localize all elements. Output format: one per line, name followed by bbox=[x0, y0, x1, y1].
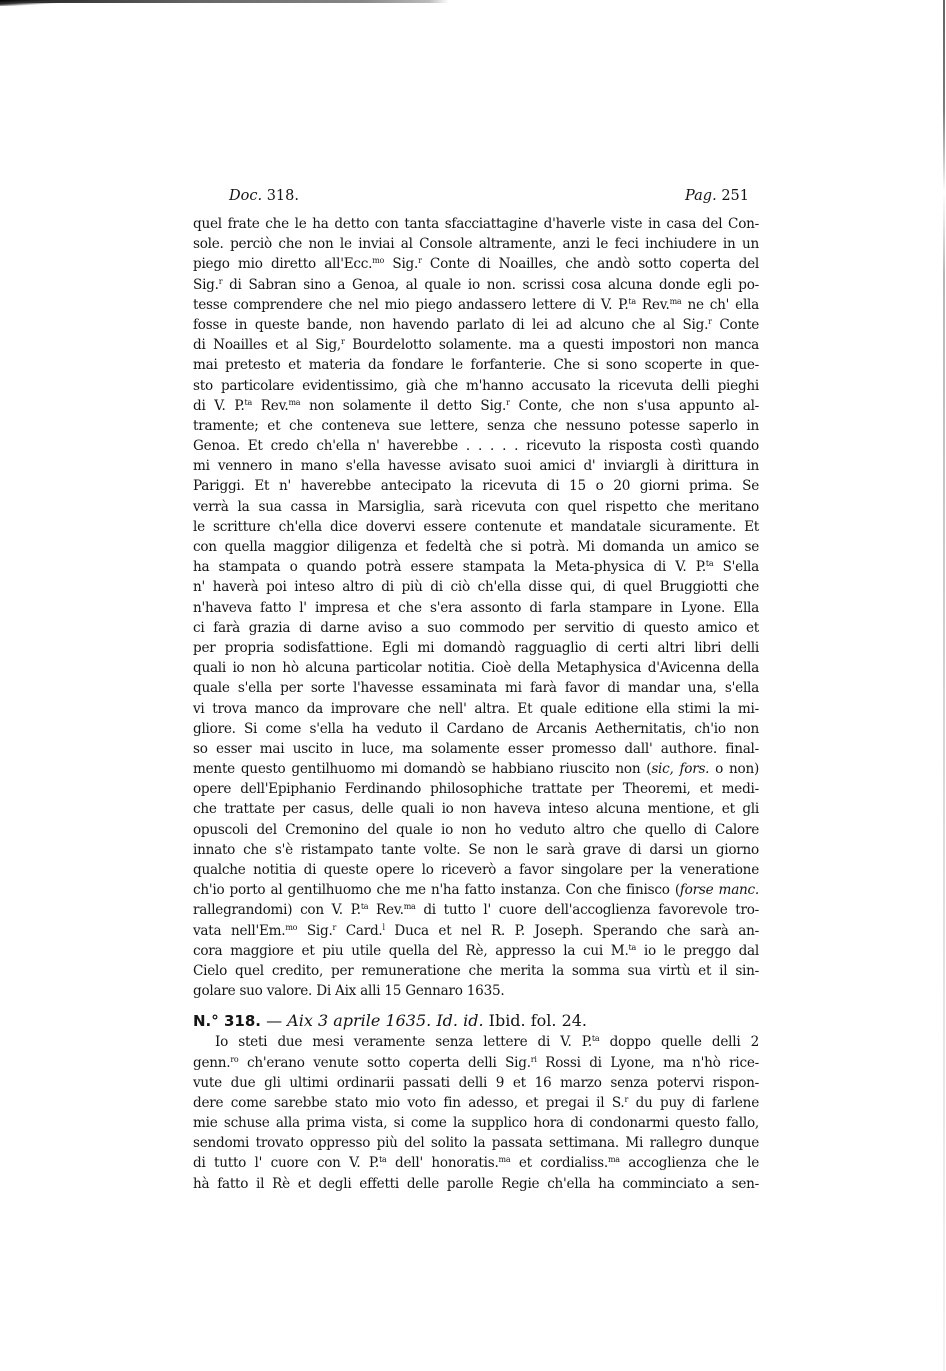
text-line: di Noailles et al Sig,r Bourdelotto sola… bbox=[193, 335, 759, 355]
text-line: genn.ro ch'erano venute sotto coperta de… bbox=[193, 1053, 759, 1073]
text-line: Io steti due mesi veramente senza letter… bbox=[193, 1032, 759, 1052]
document-number: N.° 318. bbox=[193, 1012, 261, 1030]
scan-edge-top bbox=[0, 0, 660, 3]
document-heading: N.° 318. — Aix 3 aprile 1635. Id. id. Ib… bbox=[193, 1010, 759, 1032]
text-line: Pariggi. Et n' haverebbe antecipato la r… bbox=[193, 476, 759, 496]
text-line: opere dell'Epiphanio Ferdinando philosop… bbox=[193, 779, 759, 799]
text-line: mente questo gentilhuomo mi domandò se h… bbox=[193, 759, 759, 779]
text-line: quel frate che le ha detto con tanta sfa… bbox=[193, 214, 759, 234]
letter-318-text: Io steti due mesi veramente senza letter… bbox=[193, 1032, 759, 1194]
running-head: Doc. 318. Pag. 251 bbox=[193, 186, 759, 214]
text-line: n' haverà poi inteso altro di più di ciò… bbox=[193, 577, 759, 597]
text-line: mi vennero in mano s'ella havesse avisat… bbox=[193, 456, 759, 476]
text-line: con quella maggior diligenza et fedeltà … bbox=[193, 537, 759, 557]
document-date: Aix 3 aprile 1635. bbox=[287, 1011, 431, 1030]
text-line: quali io non hò alcuna particolar notiti… bbox=[193, 658, 759, 678]
text-line: sole. perciò che non le inviai al Consol… bbox=[193, 234, 759, 254]
text-line: mai pretesto et materia da fondare le fo… bbox=[193, 355, 759, 375]
text-line: rallegrandomi) con V. P.ta Rev.ma di tut… bbox=[193, 900, 759, 920]
document-page: Doc. 318. Pag. 251 quel frate che le ha … bbox=[193, 186, 759, 1194]
text-line: sendomi trovato oppresso più del solito … bbox=[193, 1133, 759, 1153]
text-line: sto particolare evidentissimo, già che m… bbox=[193, 376, 759, 396]
text-line: vi trova manco da improvare che nell' al… bbox=[193, 699, 759, 719]
text-line: dere come sarebbe stato mio voto fin ade… bbox=[193, 1093, 759, 1113]
text-line: tesse comprendere che nel mio piego anda… bbox=[193, 295, 759, 315]
text-line: so esser mai uscito in luce, ma solament… bbox=[193, 739, 759, 759]
text-line: fosse in queste bande, non havendo parla… bbox=[193, 315, 759, 335]
text-line: cora maggiore et piu utile quella del Rè… bbox=[193, 941, 759, 961]
text-line: mie schuse alla prima vista, si come la … bbox=[193, 1113, 759, 1133]
text-line: golare suo valore. Di Aix alli 15 Gennar… bbox=[193, 981, 759, 1001]
text-line: qualche notitia di queste opere lo ricev… bbox=[193, 860, 759, 880]
document-source: Ibid. fol. 24. bbox=[489, 1011, 587, 1030]
text-line: piego mio diretto all'Ecc.mo Sig.r Conte… bbox=[193, 254, 759, 274]
text-line: di V. P.ta Rev.ma non solamente il detto… bbox=[193, 396, 759, 416]
page-number: Pag. 251 bbox=[685, 186, 749, 214]
scan-edge-corner bbox=[0, 0, 90, 6]
text-line: hà fatto il Rè et degli effetti delle pa… bbox=[193, 1174, 759, 1194]
text-line: le scritture ch'ella dice dovervi essere… bbox=[193, 517, 759, 537]
text-line: di tutto l' cuore con V. P.ta dell' hono… bbox=[193, 1153, 759, 1173]
letter-continuation-text: quel frate che le ha detto con tanta sfa… bbox=[193, 214, 759, 1001]
text-line: verrà la sua cassa in Marsiglia, sarà ri… bbox=[193, 497, 759, 517]
text-line: opuscoli del Cremonino del quale io non … bbox=[193, 820, 759, 840]
doc-reference: Doc. 318. bbox=[229, 186, 299, 214]
text-line: ch'io porto al gentilhuomo che me n'ha f… bbox=[193, 880, 759, 900]
text-line: Sig.r di Sabran sino a Genoa, al quale i… bbox=[193, 275, 759, 295]
text-line: che trattate per casus, delle quali io n… bbox=[193, 799, 759, 819]
text-line: n'haveva fatto l' impresa et che s'era a… bbox=[193, 598, 759, 618]
text-line: gliore. Si come s'ella ha veduto il Card… bbox=[193, 719, 759, 739]
text-line: Cielo quel credito, per remuneratione ch… bbox=[193, 961, 759, 981]
text-line: innato che s'è ristampato tante volte. S… bbox=[193, 840, 759, 860]
text-line: ci farà grazia di darne aviso a suo comm… bbox=[193, 618, 759, 638]
document-sender-recipient: Id. id. bbox=[436, 1011, 483, 1030]
text-line: per propria sodisfattione. Egli mi doman… bbox=[193, 638, 759, 658]
text-line: vute due gli ultimi ordinarii passati de… bbox=[193, 1073, 759, 1093]
text-line: vata nell'Em.mo Sig.r Card.l Duca et nel… bbox=[193, 921, 759, 941]
heading-dash: — bbox=[266, 1011, 282, 1030]
text-line: Genoa. Et credo ch'ella n' haverebbe . .… bbox=[193, 436, 759, 456]
text-line: tramente; et che conteneva sue lettere, … bbox=[193, 416, 759, 436]
text-line: ha stampata o quando potrà essere stampa… bbox=[193, 557, 759, 577]
scan-edge-right bbox=[943, 0, 945, 1371]
text-line: quale s'ella per sorte l'havesse essamin… bbox=[193, 678, 759, 698]
